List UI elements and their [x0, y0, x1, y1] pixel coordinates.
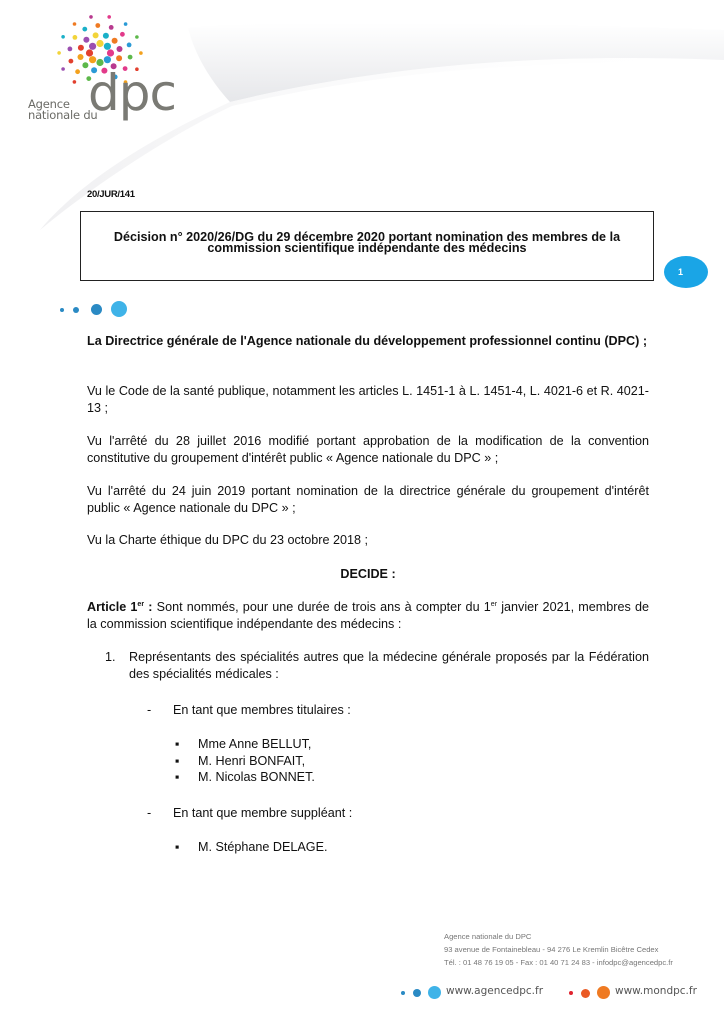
visa-item: Vu l'arrêté du 28 juillet 2016 modifié p…: [87, 433, 649, 466]
footer-contact: Tél. : 01 48 76 19 05 - Fax : 01 40 71 2…: [444, 956, 673, 969]
visa-item: Vu la Charte éthique du DPC du 23 octobr…: [87, 532, 649, 549]
member-bullet-icon: ▪: [175, 736, 179, 753]
authority-statement: La Directrice générale de l'Agence natio…: [87, 333, 649, 350]
page-number-badge: 1: [664, 256, 708, 288]
footer-street: 93 avenue de Fontainebleau - 94 276 Le K…: [444, 943, 673, 956]
member-item: M. Henri BONFAIT,: [198, 753, 305, 770]
visa-item: Vu le Code de la santé publique, notamme…: [87, 383, 649, 416]
group-label-suppleant: En tant que membre suppléant :: [173, 805, 352, 822]
member-item: Mme Anne BELLUT,: [198, 736, 311, 753]
section-text: Représentants des spécialités autres que…: [129, 649, 649, 682]
footer-address: Agence nationale du DPC 93 avenue de Fon…: [444, 930, 673, 969]
logo-dpc-mark: dpc: [88, 68, 176, 118]
group-bullet: -: [147, 805, 151, 822]
visa-item: Vu l'arrêté du 24 juin 2019 portant nomi…: [87, 483, 649, 516]
mondpc-link[interactable]: www.mondpc.fr: [615, 985, 697, 997]
agencedpc-link[interactable]: www.agencedpc.fr: [446, 985, 543, 997]
member-item: M. Nicolas BONNET.: [198, 769, 315, 786]
member-bullet-icon: ▪: [175, 769, 179, 786]
member-bullet-icon: ▪: [175, 839, 179, 856]
group-bullet: -: [147, 702, 151, 719]
section-number: 1.: [105, 649, 116, 666]
document-reference: 20/JUR/141: [87, 189, 135, 200]
member-item: M. Stéphane DELAGE.: [198, 839, 328, 856]
decision-title-box: Décision n° 2020/26/DG du 29 décembre 20…: [80, 211, 654, 281]
section-dots-icon: [55, 300, 145, 320]
article-1-text: Sont nommés, pour une durée de trois ans…: [152, 600, 490, 614]
article-1-label: Article 1er :: [87, 600, 152, 614]
article-1: Article 1er : Sont nommés, pour une duré…: [87, 599, 649, 632]
footer-links: www.agencedpc.fr www.mondpc.fr: [400, 985, 720, 1001]
decide-heading: DECIDE :: [87, 566, 649, 583]
member-bullet-icon: ▪: [175, 753, 179, 770]
footer-org-name: Agence nationale du DPC: [444, 930, 673, 943]
group-label-titulaires: En tant que membres titulaires :: [173, 702, 351, 719]
